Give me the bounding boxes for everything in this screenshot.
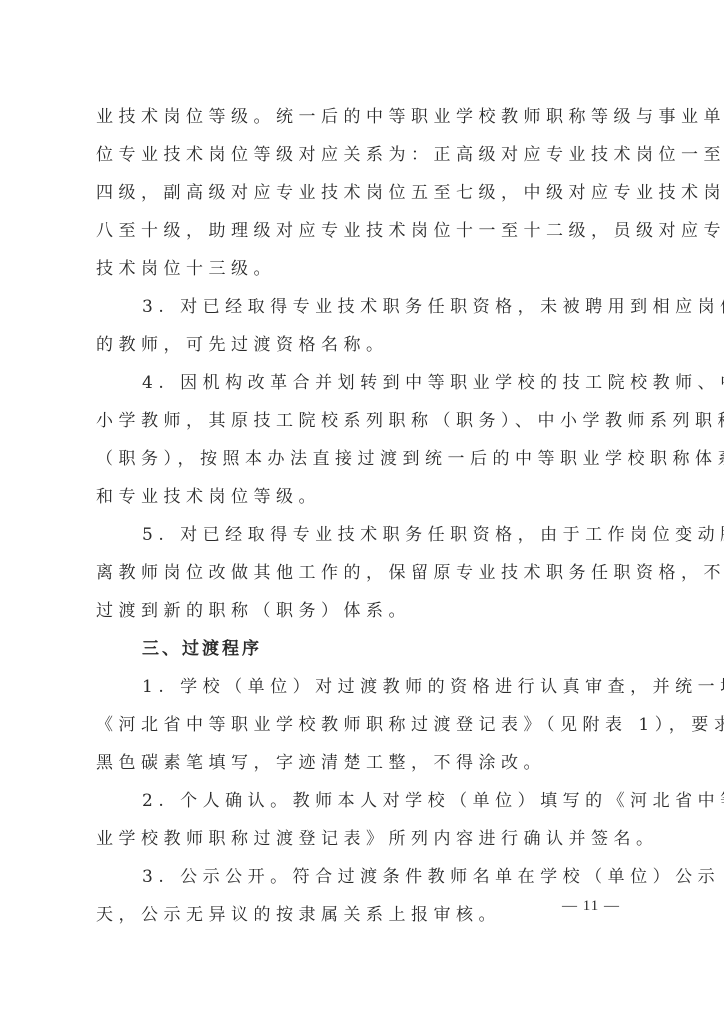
text-line: 黑色碳素笔填写，字迹清楚工整，不得涂改。 xyxy=(96,744,630,782)
text-line: 业技术岗位等级。统一后的中等职业学校教师职称等级与事业单 xyxy=(96,98,630,136)
text-line: 离教师岗位改做其他工作的，保留原专业技术职务任职资格，不再 xyxy=(96,554,630,592)
text-line: 3. 公示公开。符合过渡条件教师名单在学校（单位）公示 7 xyxy=(96,858,630,896)
paragraph-procedure-3: 3. 公示公开。符合过渡条件教师名单在学校（单位）公示 7 天，公示无异议的按隶… xyxy=(96,858,630,934)
text-line: 八至十级，助理级对应专业技术岗位十一至十二级，员级对应专业 xyxy=(96,212,630,250)
text-line: 小学教师，其原技工院校系列职称（职务）、中小学教师系列职称 xyxy=(96,402,630,440)
text-line: 技术岗位十三级。 xyxy=(96,250,630,288)
text-line: 2. 个人确认。教师本人对学校（单位）填写的《河北省中等职 xyxy=(96,782,630,820)
text-line: 位专业技术岗位等级对应关系为：正高级对应专业技术岗位一至 xyxy=(96,136,630,174)
section-heading: 三、过渡程序 xyxy=(96,630,630,668)
text-line: 和专业技术岗位等级。 xyxy=(96,478,630,516)
paragraph-procedure-1: 1. 学校（单位）对过渡教师的资格进行认真审查，并统一填写 《河北省中等职业学校… xyxy=(96,668,630,782)
text-line: 的教师，可先过渡资格名称。 xyxy=(96,326,630,364)
paragraph-item-4: 4. 因机构改革合并划转到中等职业学校的技工院校教师、中 小学教师，其原技工院校… xyxy=(96,364,630,516)
text-line: 1. 学校（单位）对过渡教师的资格进行认真审查，并统一填写 xyxy=(96,668,630,706)
document-page: 业技术岗位等级。统一后的中等职业学校教师职称等级与事业单 位专业技术岗位等级对应… xyxy=(96,98,630,934)
paragraph-item-3: 3. 对已经取得专业技术职务任职资格，未被聘用到相应岗位 的教师，可先过渡资格名… xyxy=(96,288,630,364)
paragraph-procedure-2: 2. 个人确认。教师本人对学校（单位）填写的《河北省中等职 业学校教师职称过渡登… xyxy=(96,782,630,858)
text-line: 《河北省中等职业学校教师职称过渡登记表》（见附表 1），要求用 xyxy=(96,706,630,744)
text-line: 4. 因机构改革合并划转到中等职业学校的技工院校教师、中 xyxy=(96,364,630,402)
text-line: 3. 对已经取得专业技术职务任职资格，未被聘用到相应岗位 xyxy=(96,288,630,326)
text-line: 业学校教师职称过渡登记表》所列内容进行确认并签名。 xyxy=(96,820,630,858)
text-line: 5. 对已经取得专业技术职务任职资格，由于工作岗位变动脱 xyxy=(96,516,630,554)
text-line: （职务），按照本办法直接过渡到统一后的中等职业学校职称体系 xyxy=(96,440,630,478)
paragraph-item-5: 5. 对已经取得专业技术职务任职资格，由于工作岗位变动脱 离教师岗位改做其他工作… xyxy=(96,516,630,630)
page-number: — 11 — xyxy=(562,898,620,915)
text-line: 四级，副高级对应专业技术岗位五至七级，中级对应专业技术岗位 xyxy=(96,174,630,212)
paragraph-grade-correspondence: 业技术岗位等级。统一后的中等职业学校教师职称等级与事业单 位专业技术岗位等级对应… xyxy=(96,98,630,288)
text-line: 过渡到新的职称（职务）体系。 xyxy=(96,592,630,630)
text-line: 天，公示无异议的按隶属关系上报审核。 xyxy=(96,896,630,934)
